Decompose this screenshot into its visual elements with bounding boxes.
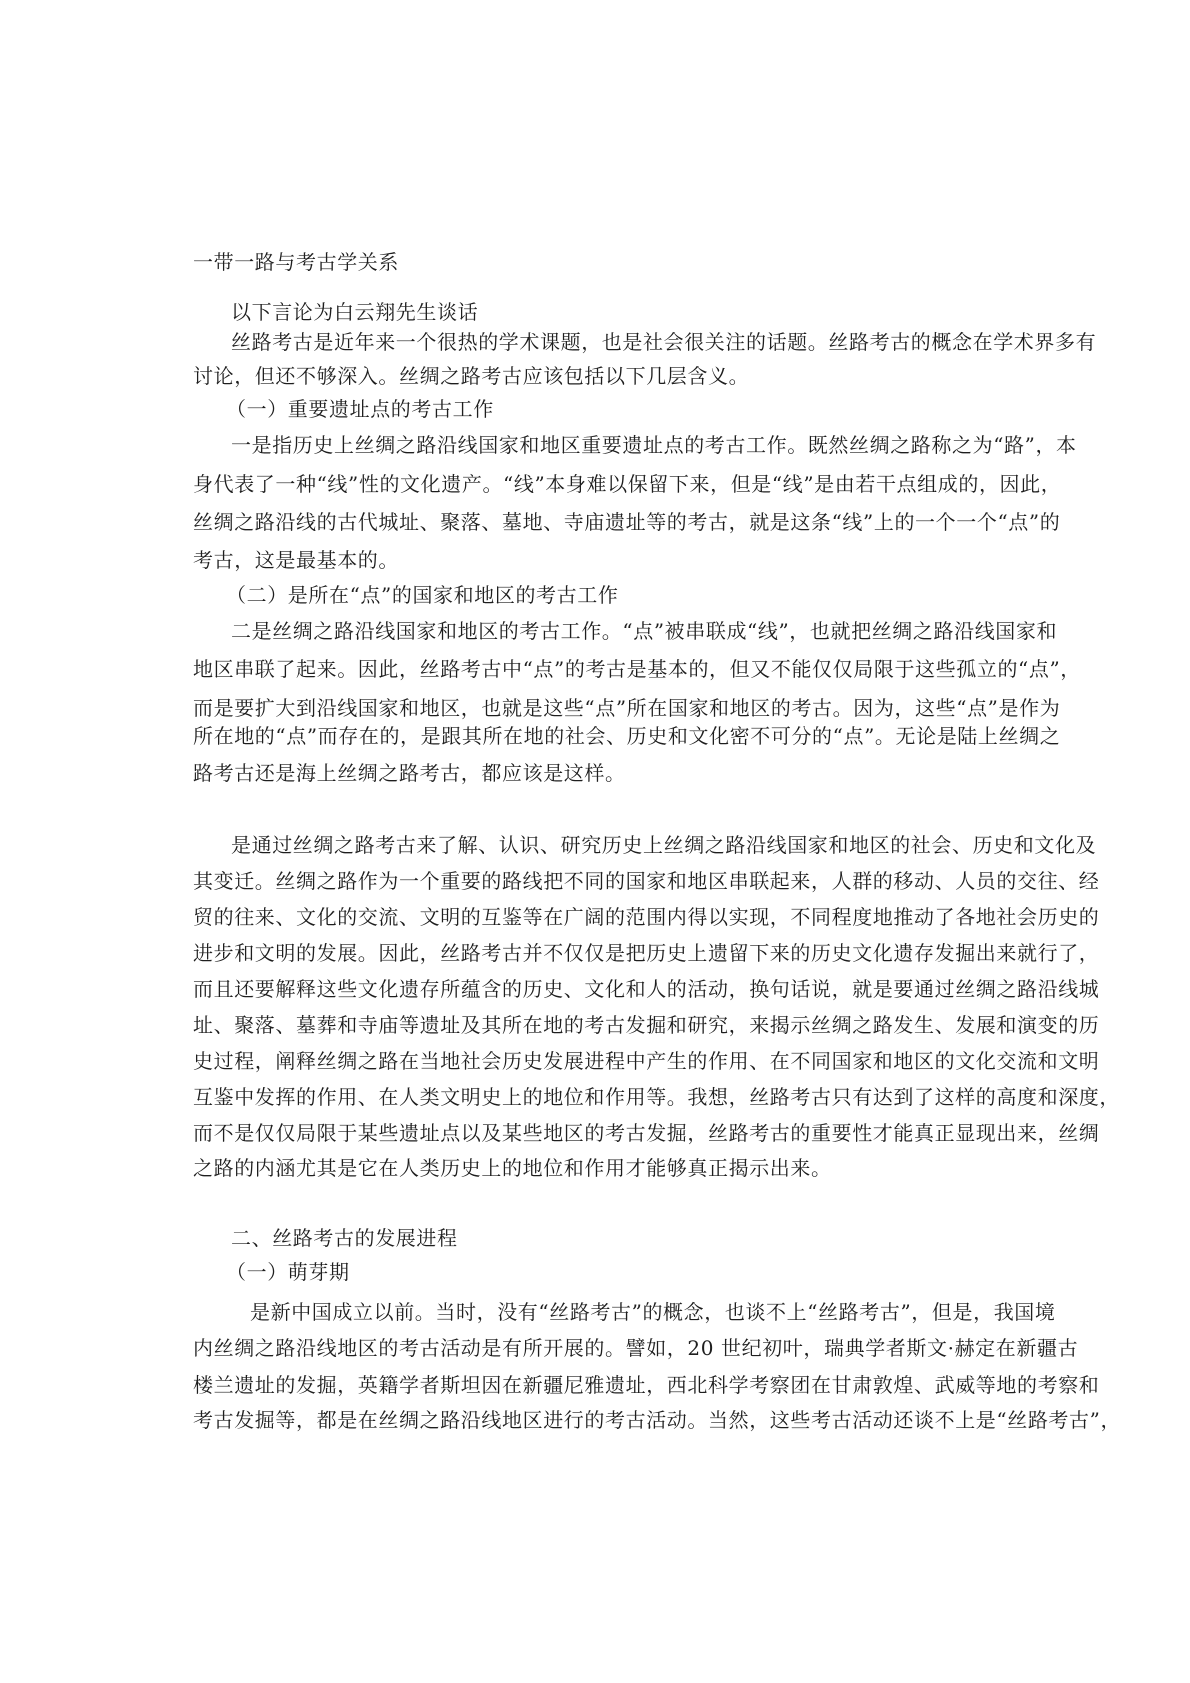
paragraph-line: 所在地的“点”而存在的，是跟其所在地的社会、历史和文化密不可分的“点”。无论是陆… bbox=[193, 723, 999, 749]
paragraph-line: 楼兰遗址的发掘，英籍学者斯坦因在新疆尼雅遗址，西北科学考察团在甘肃敦煌、武威等地… bbox=[193, 1372, 999, 1398]
paragraph-line: 是通过丝绸之路考古来了解、认识、研究历史上丝绸之路沿线国家和地区的社会、历史和文… bbox=[231, 832, 999, 858]
paragraph-line: 贸的往来、文化的交流、文明的互鉴等在广阔的范围内得以实现，不同程度地推动了各地社… bbox=[193, 904, 999, 930]
paragraph-line: 地区串联了起来。因此，丝路考古中“点”的考古是基本的，但又不能仅仅局限于这些孤立… bbox=[193, 656, 999, 682]
paragraph-line: 进步和文明的发展。因此，丝路考古并不仅仅是把历史上遗留下来的历史文化遗存发掘出来… bbox=[193, 940, 999, 966]
paragraph-line: 而是要扩大到沿线国家和地区，也就是这些“点”所在国家和地区的考古。因为，这些“点… bbox=[193, 695, 999, 721]
paragraph-line: 考古发掘等，都是在丝绸之路沿线地区进行的考古活动。当然，这些考古活动还谈不上是“… bbox=[193, 1407, 999, 1433]
paragraph-line: 之路的内涵尤其是它在人类历史上的地位和作用才能够真正揭示出来。 bbox=[193, 1155, 999, 1181]
paragraph-line: 内丝绸之路沿线地区的考古活动是有所开展的。譬如，20 世纪初叶，瑞典学者斯文·赫… bbox=[193, 1335, 999, 1361]
paragraph-line: 考古，这是最基本的。 bbox=[193, 547, 999, 573]
document-title: 一带一路与考古学关系 bbox=[193, 249, 999, 275]
paragraph-line: 其变迁。丝绸之路作为一个重要的路线把不同的国家和地区串联起来，人群的移动、人员的… bbox=[193, 868, 999, 894]
paragraph-line: 讨论，但还不够深入。丝绸之路考古应该包括以下几层含义。 bbox=[193, 363, 999, 389]
paragraph-line: 而不是仅仅局限于某些遗址点以及某些地区的考古发掘，丝路考古的重要性才能真正显现出… bbox=[193, 1120, 999, 1146]
part-heading: 二、丝路考古的发展进程 bbox=[231, 1225, 999, 1251]
paragraph-line: 是新中国成立以前。当时，没有“丝路考古”的概念，也谈不上“丝路考古”，但是，我国… bbox=[250, 1299, 999, 1325]
section-heading: （一）重要遗址点的考古工作 bbox=[226, 396, 926, 422]
section-heading: （二）是所在“点”的国家和地区的考古工作 bbox=[226, 582, 926, 608]
paragraph-line: 址、聚落、墓葬和寺庙等遗址及其所在地的考古发掘和研究，来揭示丝绸之路发生、发展和… bbox=[193, 1012, 999, 1038]
section-heading: （一）萌芽期 bbox=[226, 1259, 926, 1285]
intro-line: 以下言论为白云翔先生谈话 bbox=[231, 299, 999, 325]
paragraph-line: 丝路考古是近年来一个很热的学术课题，也是社会很关注的话题。丝路考古的概念在学术界… bbox=[231, 329, 999, 355]
document-page: 一带一路与考古学关系 以下言论为白云翔先生谈话 丝路考古是近年来一个很热的学术课… bbox=[0, 0, 1190, 1683]
paragraph-line: 身代表了一种“线”性的文化遗产。“线”本身难以保留下来，但是“线”是由若干点组成… bbox=[193, 471, 999, 497]
paragraph-line: 路考古还是海上丝绸之路考古，都应该是这样。 bbox=[193, 760, 999, 786]
paragraph-line: 二是丝绸之路沿线国家和地区的考古工作。“点”被串联成“线”，也就把丝绸之路沿线国… bbox=[231, 618, 999, 644]
paragraph-line: 而且还要解释这些文化遗存所蕴含的历史、文化和人的活动，换句话说，就是要通过丝绸之… bbox=[193, 976, 999, 1002]
paragraph-line: 史过程，阐释丝绸之路在当地社会历史发展进程中产生的作用、在不同国家和地区的文化交… bbox=[193, 1048, 999, 1074]
paragraph-line: 一是指历史上丝绸之路沿线国家和地区重要遗址点的考古工作。既然丝绸之路称之为“路”… bbox=[231, 432, 999, 458]
paragraph-line: 互鉴中发挥的作用、在人类文明史上的地位和作用等。我想，丝路考古只有达到了这样的高… bbox=[193, 1084, 999, 1110]
paragraph-line: 丝绸之路沿线的古代城址、聚落、墓地、寺庙遗址等的考古，就是这条“线”上的一个一个… bbox=[193, 509, 999, 535]
